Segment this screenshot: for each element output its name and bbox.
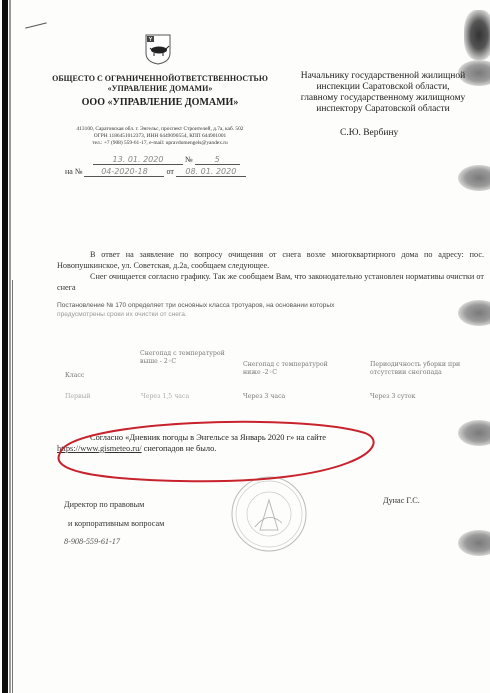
number-label: №: [185, 155, 193, 164]
table-cell-class: Первый: [65, 393, 91, 401]
table-cell-no-snowfall: Через 3 суток: [370, 393, 415, 401]
addressee-name: С.Ю. Вербину: [340, 128, 398, 138]
body-paragraph-2: Снег очищается согласно графику. Так же …: [57, 271, 484, 293]
body-paragraph-1: В ответ на заявление по вопросу очищения…: [57, 249, 484, 271]
scan-edge-shadow: [12, 280, 13, 693]
table-header-above-minus2: Снегопад с температурой выше - 2◦С: [140, 350, 232, 366]
org-full-name-line2: «УПРАВЛЕНИЕ ДОМАМИ»: [40, 84, 280, 94]
signatory-position-line1: Директор по правовым: [64, 500, 144, 509]
table-header-no-snowfall: Периодичность уборки при отсутствии снег…: [370, 361, 485, 377]
table-cell-above-minus2: Через 1,5 часа: [141, 393, 189, 401]
org-registration-codes: ОГРН 1186451012373, ИНН 6449090554, КПП …: [40, 133, 280, 140]
org-phone-email: тел.: +7 (908) 559-61-17, e-mail: upravd…: [40, 140, 280, 147]
scan-edge-shadow: [9, 0, 11, 693]
outgoing-registration-row: 13. 01. 2020 № 5: [93, 155, 240, 165]
regulation-note-line2: предусмотрены сроки их очистки от снега.: [57, 310, 437, 319]
organization-full-name: ОБЩЕСТО С ОГРАНИЧЕННОЙОТВЕТСТВЕННОСТЬЮ «…: [40, 74, 280, 94]
punch-hole: [458, 165, 490, 191]
reference-registration-row: на № 04-2020-18 от 08. 01. 2020: [65, 167, 246, 177]
from-label: от: [166, 167, 173, 176]
addressee-block: Начальнику государственной жилищной инсп…: [278, 71, 488, 115]
pen-mark: [25, 22, 47, 28]
red-ellipse-annotation: [50, 415, 380, 490]
addressee-line: инспекции Саратовской области,: [278, 82, 488, 93]
table-header-class: Класс: [65, 372, 84, 380]
signatory-phone: 8-908-559-61-17: [64, 537, 120, 546]
engels-coat-of-arms-icon: [144, 33, 172, 65]
signatory-name: Дунас Г.С.: [383, 496, 420, 505]
org-address: 413100, Саратовская обл. г. Энгельс, про…: [40, 126, 280, 133]
organization-short-name: ООО «УПРАВЛЕНИЕ ДОМАМИ»: [40, 97, 280, 108]
punch-hole: [458, 530, 490, 556]
regulation-note-line1: Постановление № 170 определяет три основ…: [57, 301, 437, 310]
regulation-note: Постановление № 170 определяет три основ…: [57, 301, 437, 319]
punch-hole: [464, 10, 490, 60]
ref-number: 04-2020-18: [84, 167, 164, 177]
signatory-position-line2: и корпоративным вопросам: [68, 519, 164, 528]
addressee-line: Начальнику государственной жилищной: [278, 71, 488, 82]
table-cell-below-minus2: Через 3 часа: [243, 393, 285, 401]
addressee-line: главному государственному жилищному: [278, 93, 488, 104]
organization-contacts: 413100, Саратовская обл. г. Энгельс, про…: [40, 126, 280, 147]
outgoing-number: 5: [195, 155, 240, 165]
scanned-letter-page: ОБЩЕСТО С ОГРАНИЧЕННОЙОТВЕТСТВЕННОСТЬЮ «…: [0, 0, 490, 693]
ref-number-label: на №: [65, 167, 82, 176]
ref-date: 08. 01. 2020: [176, 167, 246, 177]
punch-hole: [458, 420, 490, 446]
org-full-name-line1: ОБЩЕСТО С ОГРАНИЧЕННОЙОТВЕТСТВЕННОСТЬЮ: [40, 74, 280, 84]
scan-edge-shadow: [2, 0, 8, 693]
table-header-below-minus2: Снегопад с температурой ниже -2◦С: [243, 361, 341, 377]
punch-hole: [458, 300, 490, 326]
outgoing-date: 13. 01. 2020: [93, 155, 183, 165]
addressee-line: инспектору Саратовской области: [278, 104, 488, 115]
